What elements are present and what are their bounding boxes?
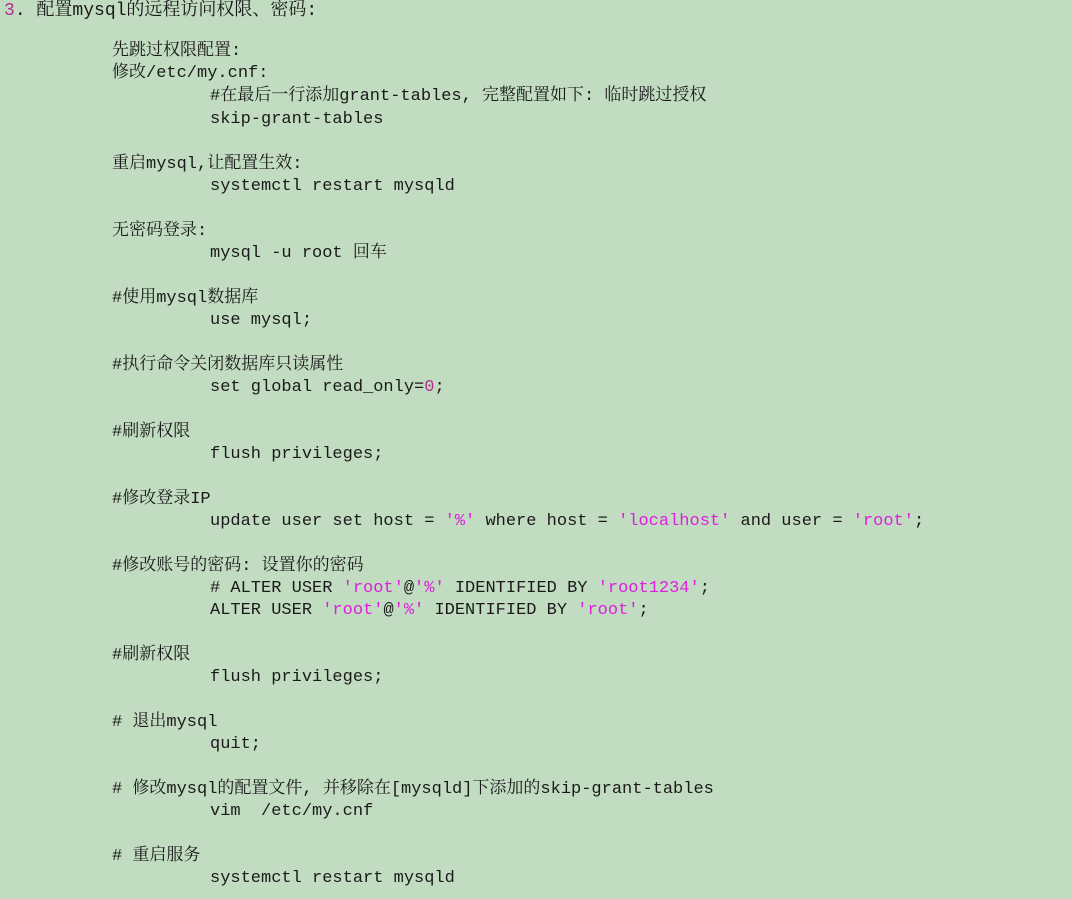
step-heading: # 修改mysql的配置文件, 并移除在[mysqld]下添加的skip-gra… xyxy=(112,779,714,801)
code-text: set global read_only= xyxy=(210,378,424,397)
code-string: 'root' xyxy=(577,601,638,620)
code-line: skip-grant-tables xyxy=(210,109,383,131)
code-string: 'root' xyxy=(322,601,383,620)
code-text: where host = xyxy=(475,512,618,531)
code-line: set global read_only=0; xyxy=(210,377,445,399)
step-heading: #修改账号的密码: 设置你的密码 xyxy=(112,556,364,578)
code-text: ; xyxy=(914,512,924,531)
code-line: vim /etc/my.cnf xyxy=(210,801,373,823)
code-number: 0 xyxy=(424,378,434,397)
code-comment: #在最后一行添加grant-tables, 完整配置如下: 临时跳过授权 xyxy=(210,86,706,108)
code-line: flush privileges; xyxy=(210,667,383,689)
step-heading: 无密码登录: xyxy=(112,221,207,243)
code-text: @ xyxy=(404,579,414,598)
code-string: 'localhost' xyxy=(618,512,730,531)
code-line: quit; xyxy=(210,734,261,756)
code-line: mysql -u root 回车 xyxy=(210,243,387,265)
step-heading: 先跳过权限配置: xyxy=(112,41,241,63)
code-line: systemctl restart mysqld xyxy=(210,868,455,890)
step-heading: # 退出mysql xyxy=(112,712,217,734)
code-line: ALTER USER 'root'@'%' IDENTIFIED BY 'roo… xyxy=(210,600,649,622)
code-text: IDENTIFIED BY xyxy=(424,601,577,620)
code-text: @ xyxy=(383,601,393,620)
section-title: 3. 配置mysql的远程访问权限、密码: xyxy=(4,0,317,22)
code-text: ALTER USER xyxy=(210,601,322,620)
code-string: '%' xyxy=(445,512,476,531)
step-heading: # 重启服务 xyxy=(112,846,200,868)
code-string: '%' xyxy=(414,579,445,598)
step-heading: #执行命令关闭数据库只读属性 xyxy=(112,355,343,377)
code-string: 'root' xyxy=(853,512,914,531)
code-text: ; xyxy=(434,378,444,397)
step-heading: 重启mysql,让配置生效: xyxy=(112,154,302,176)
section-title-text: . 配置mysql的远程访问权限、密码: xyxy=(15,1,317,21)
step-heading: #使用mysql数据库 xyxy=(112,288,258,310)
code-text: update user set host = xyxy=(210,512,445,531)
code-text: and user = xyxy=(730,512,852,531)
step-heading: #修改登录IP xyxy=(112,489,211,511)
code-text: # ALTER USER xyxy=(210,579,343,598)
code-line: systemctl restart mysqld xyxy=(210,176,455,198)
code-text: ; xyxy=(700,579,710,598)
section-number: 3 xyxy=(4,1,15,21)
step-heading: #刷新权限 xyxy=(112,422,190,444)
code-string: 'root1234' xyxy=(598,579,700,598)
code-text: ; xyxy=(639,601,649,620)
code-string: 'root' xyxy=(343,579,404,598)
code-string: '%' xyxy=(394,601,425,620)
code-line: # ALTER USER 'root'@'%' IDENTIFIED BY 'r… xyxy=(210,578,710,600)
code-line: flush privileges; xyxy=(210,444,383,466)
step-heading: 修改/etc/my.cnf: xyxy=(112,63,268,85)
step-heading: #刷新权限 xyxy=(112,645,190,667)
code-line: update user set host = '%' where host = … xyxy=(210,511,924,533)
code-text: IDENTIFIED BY xyxy=(445,579,598,598)
code-line: use mysql; xyxy=(210,310,312,332)
